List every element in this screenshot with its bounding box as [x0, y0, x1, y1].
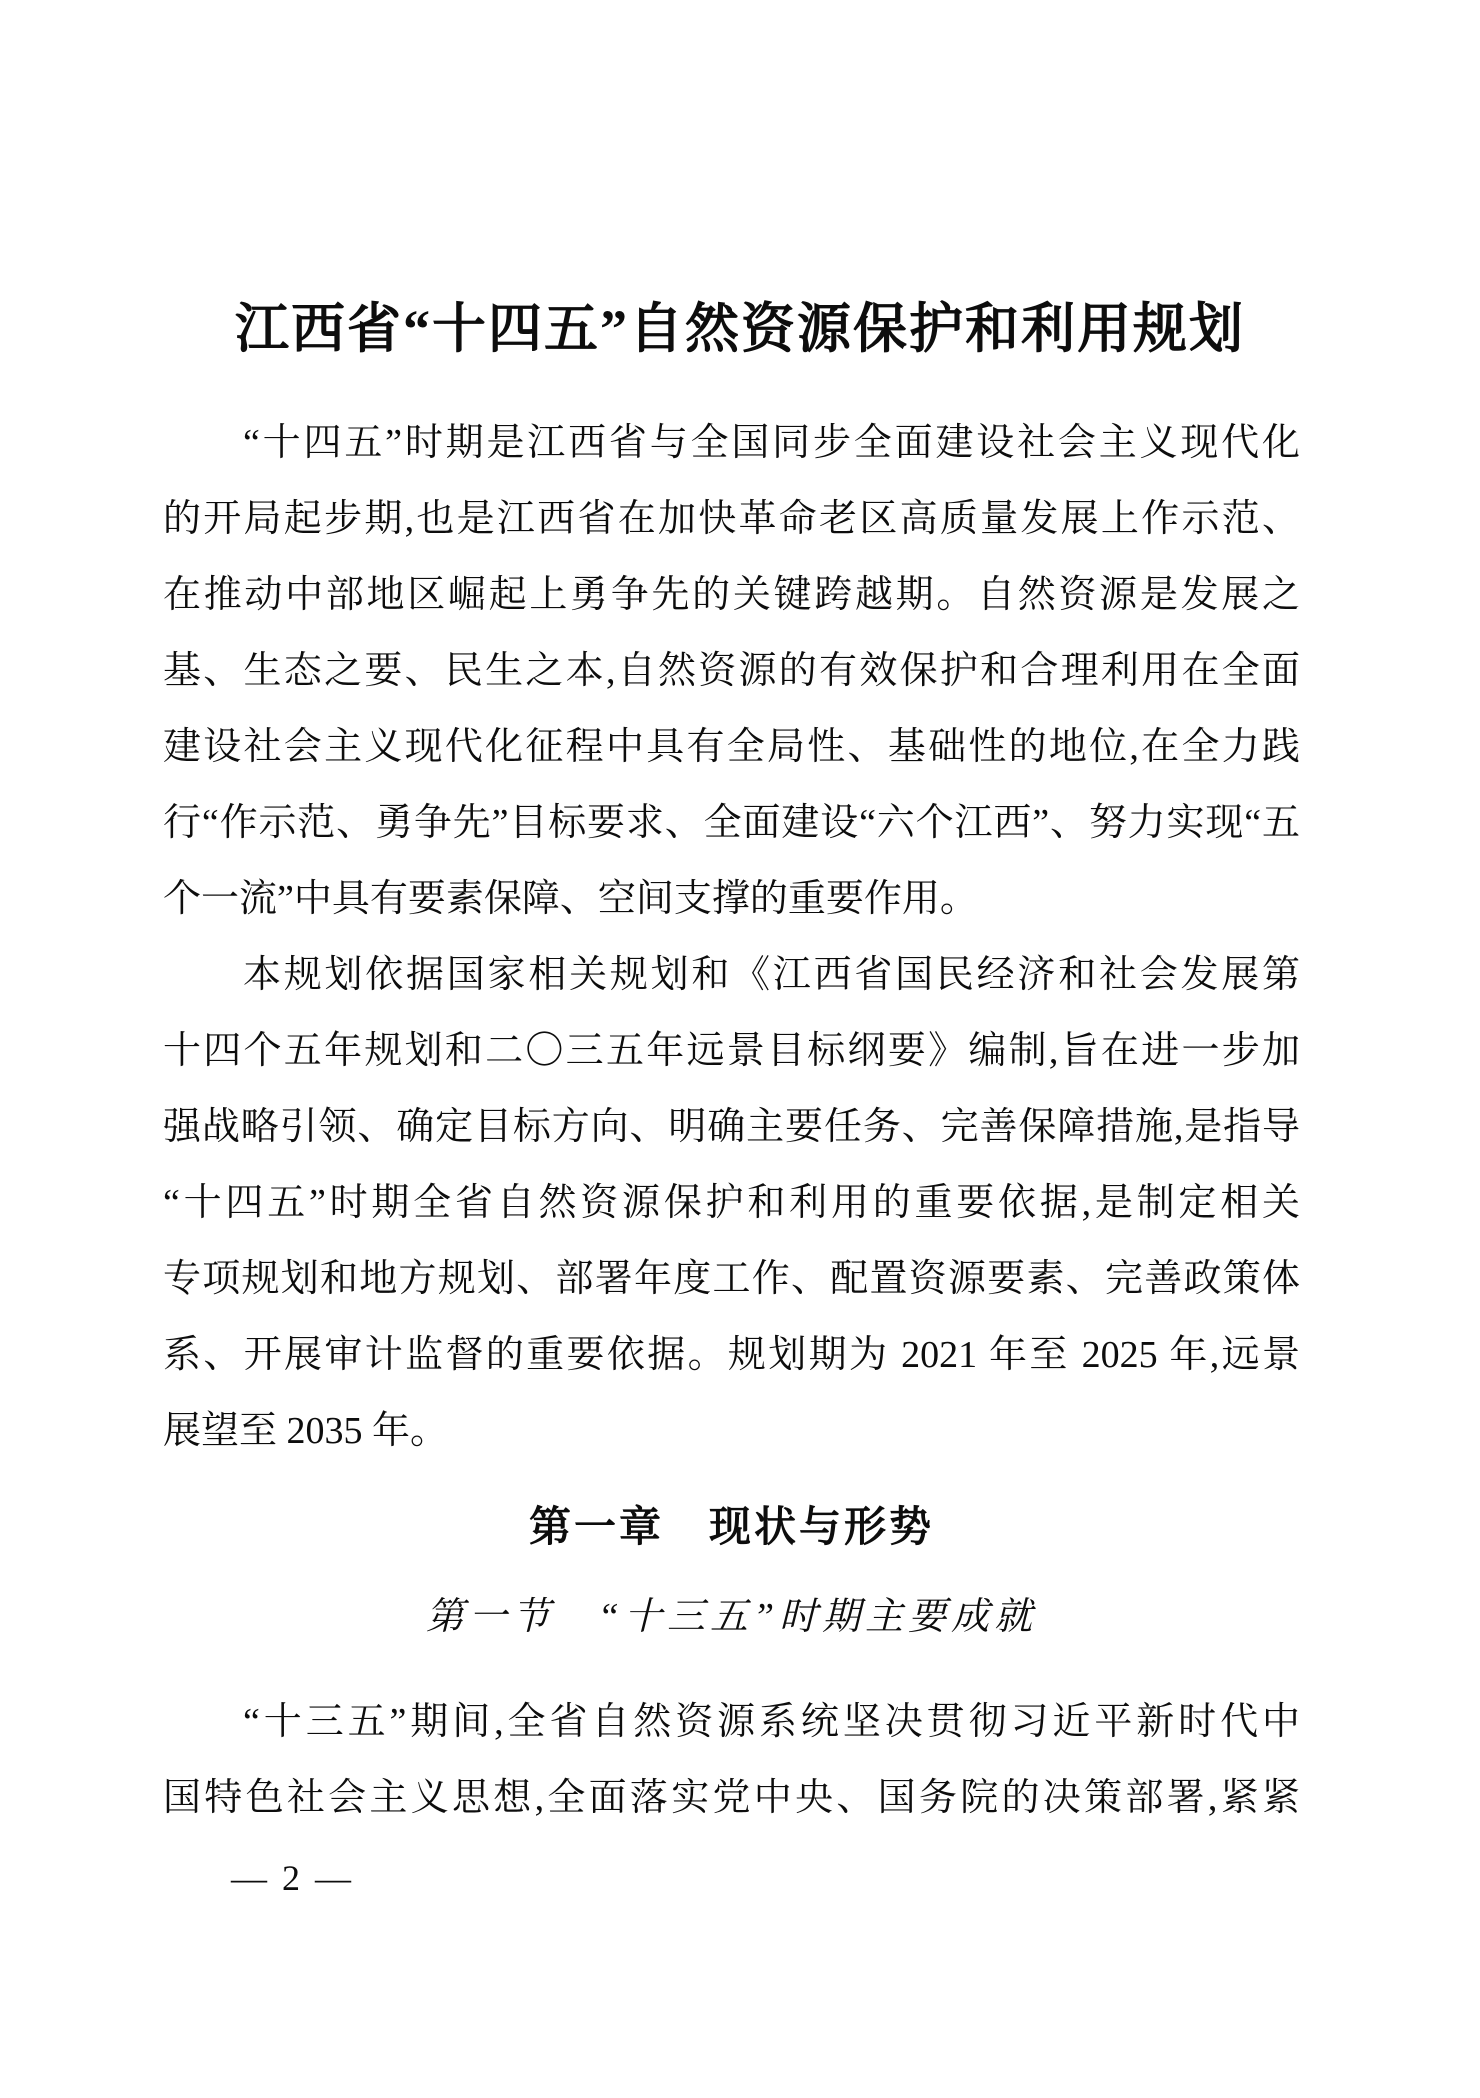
paragraph-line: 展望至 2035 年。 [163, 1393, 1300, 1469]
paragraph-line: 的开局起步期,也是江西省在加快革命老区高质量发展上作示范、 [163, 481, 1300, 557]
paragraph-line: 基、生态之要、民生之本,自然资源的有效保护和合理利用在全面 [163, 633, 1300, 709]
paragraph-line: 个一流”中具有要素保障、空间支撑的重要作用。 [163, 861, 1300, 937]
paragraph-line: “十四五”时期是江西省与全国同步全面建设社会主义现代化 [163, 405, 1300, 481]
document-page: 江西省“十四五”自然资源保护和利用规划 “十四五”时期是江西省与全国同步全面建设… [0, 0, 1480, 2098]
section-heading: 第一节 “十三五”时期主要成就 [163, 1579, 1300, 1655]
paragraph-1: “十四五”时期是江西省与全国同步全面建设社会主义现代化 的开局起步期,也是江西省… [163, 405, 1300, 937]
paragraph-3: “十三五”期间,全省自然资源系统坚决贯彻习近平新时代中 国特色社会主义思想,全面… [163, 1684, 1300, 1836]
paragraph-line: “十四五”时期全省自然资源保护和利用的重要依据,是制定相关 [163, 1165, 1300, 1241]
paragraph-line: 系、开展审计监督的重要依据。规划期为 2021 年至 2025 年,远景 [163, 1317, 1300, 1393]
paragraph-line: 建设社会主义现代化征程中具有全局性、基础性的地位,在全力践 [163, 709, 1300, 785]
paragraph-line: 十四个五年规划和二〇三五年远景目标纲要》编制,旨在进一步加 [163, 1013, 1300, 1089]
paragraph-2: 本规划依据国家相关规划和《江西省国民经济和社会发展第 十四个五年规划和二〇三五年… [163, 937, 1300, 1469]
paragraph-line: 本规划依据国家相关规划和《江西省国民经济和社会发展第 [163, 937, 1300, 1013]
paragraph-line: 行“作示范、勇争先”目标要求、全面建设“六个江西”、努力实现“五 [163, 785, 1300, 861]
paragraph-line: 强战略引领、确定目标方向、明确主要任务、完善保障措施,是指导 [163, 1089, 1300, 1165]
document-body: “十四五”时期是江西省与全国同步全面建设社会主义现代化 的开局起步期,也是江西省… [163, 405, 1300, 1900]
paragraph-line: “十三五”期间,全省自然资源系统坚决贯彻习近平新时代中 [163, 1684, 1300, 1760]
paragraph-line: 在推动中部地区崛起上勇争先的关键跨越期。自然资源是发展之 [163, 557, 1300, 633]
document-title: 江西省“十四五”自然资源保护和利用规划 [163, 0, 1317, 360]
paragraph-line: 国特色社会主义思想,全面落实党中央、国务院的决策部署,紧紧 [163, 1760, 1300, 1836]
paragraph-line: 专项规划和地方规划、部署年度工作、配置资源要素、完善政策体 [163, 1241, 1300, 1317]
chapter-heading: 第一章 现状与形势 [163, 1489, 1300, 1565]
page-number: — 2 — [231, 1856, 1300, 1900]
